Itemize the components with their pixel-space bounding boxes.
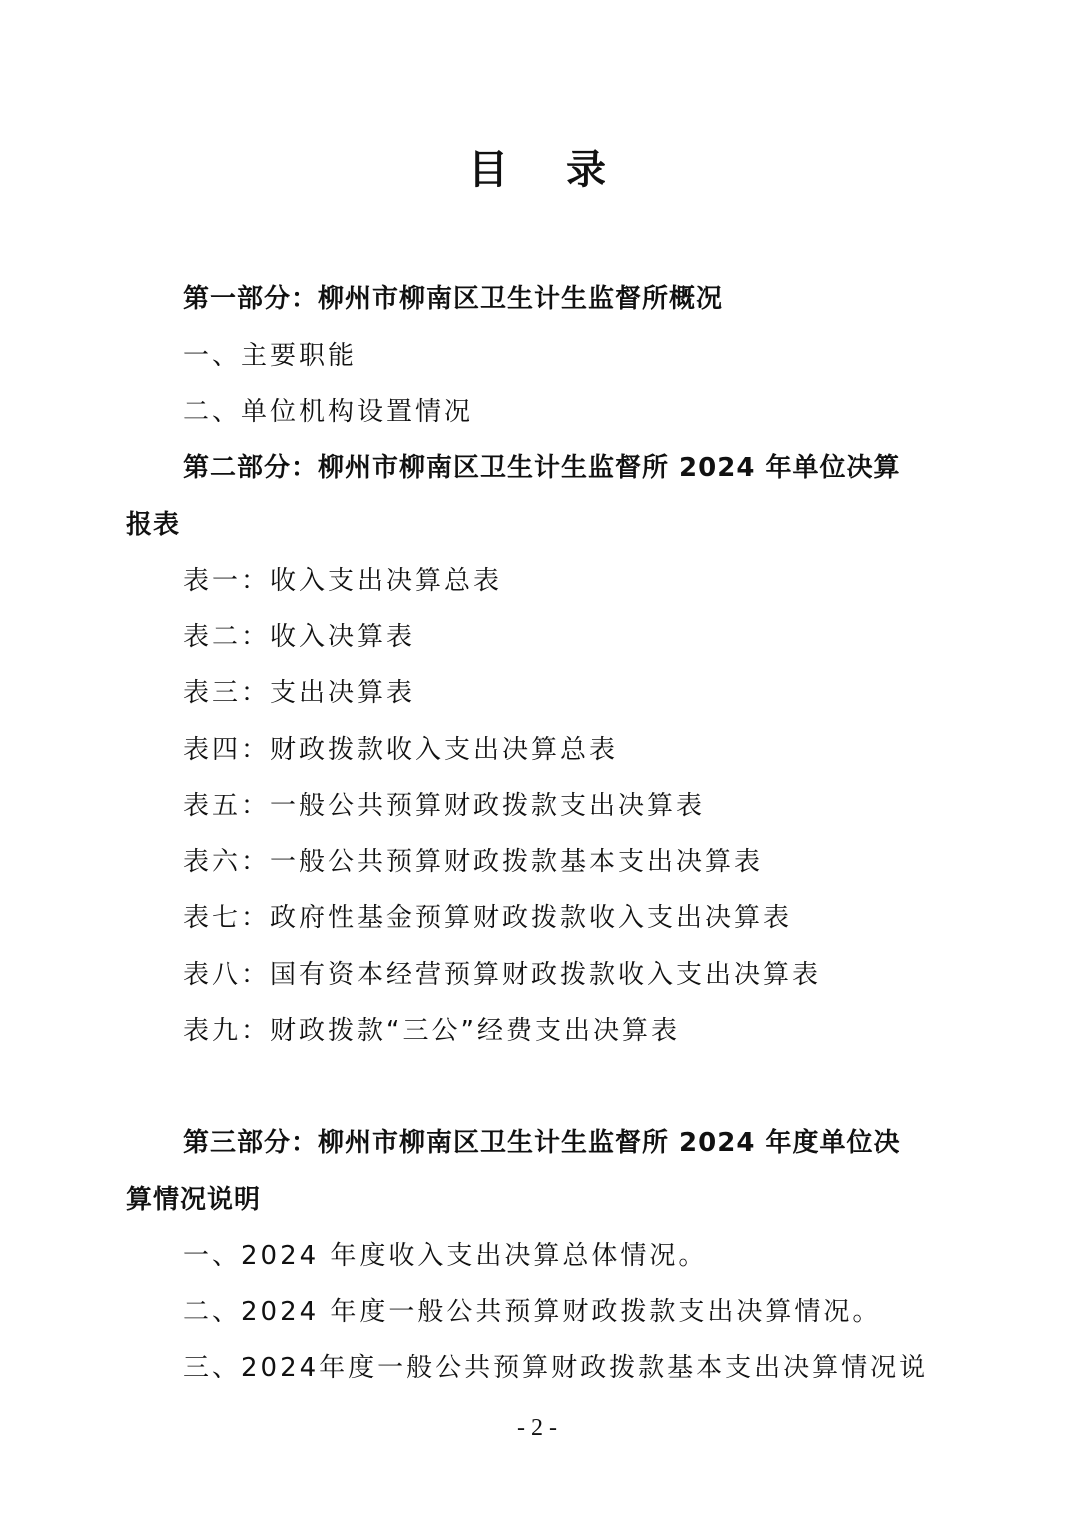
- part1-heading: 第一部分：柳州市柳南区卫生计生监督所概况: [183, 281, 723, 317]
- part3-heading-line1: 第三部分：柳州市柳南区卫生计生监督所 2024 年度单位决: [183, 1125, 900, 1161]
- toc-item: 表九：财政拨款“三公”经费支出决算表: [183, 1013, 680, 1049]
- part2-heading-line2: 报表: [126, 507, 180, 543]
- page-number: - 2 -: [0, 1412, 1074, 1444]
- toc-item: 表八：国有资本经营预算财政拨款收入支出决算表: [183, 957, 821, 993]
- toc-item: 表一：收入支出决算总表: [183, 563, 502, 599]
- toc-item: 表七：政府性基金预算财政拨款收入支出决算表: [183, 900, 792, 936]
- part2-heading-line1: 第二部分：柳州市柳南区卫生计生监督所 2024 年单位决算: [183, 450, 900, 486]
- toc-item: 表四：财政拨款收入支出决算总表: [183, 732, 618, 768]
- toc-item: 表三：支出决算表: [183, 675, 415, 711]
- toc-item: 表五：一般公共预算财政拨款支出决算表: [183, 788, 705, 824]
- toc-item: 一、主要职能: [183, 338, 357, 374]
- toc-item: 二、单位机构设置情况: [183, 394, 473, 430]
- toc-item: 二、2024 年度一般公共预算财政拨款支出决算情况。: [183, 1294, 881, 1330]
- document-page: 目录 第一部分：柳州市柳南区卫生计生监督所概况 一、主要职能 二、单位机构设置情…: [0, 0, 1074, 1520]
- toc-item: 表二：收入决算表: [183, 619, 415, 655]
- part3-heading-line2: 算情况说明: [126, 1182, 261, 1218]
- toc-item: 一、2024 年度收入支出决算总体情况。: [183, 1238, 707, 1274]
- toc-title: 目录: [0, 142, 1074, 198]
- toc-item: 三、2024年度一般公共预算财政拨款基本支出决算情况说: [183, 1350, 928, 1386]
- toc-item: 表六：一般公共预算财政拨款基本支出决算表: [183, 844, 763, 880]
